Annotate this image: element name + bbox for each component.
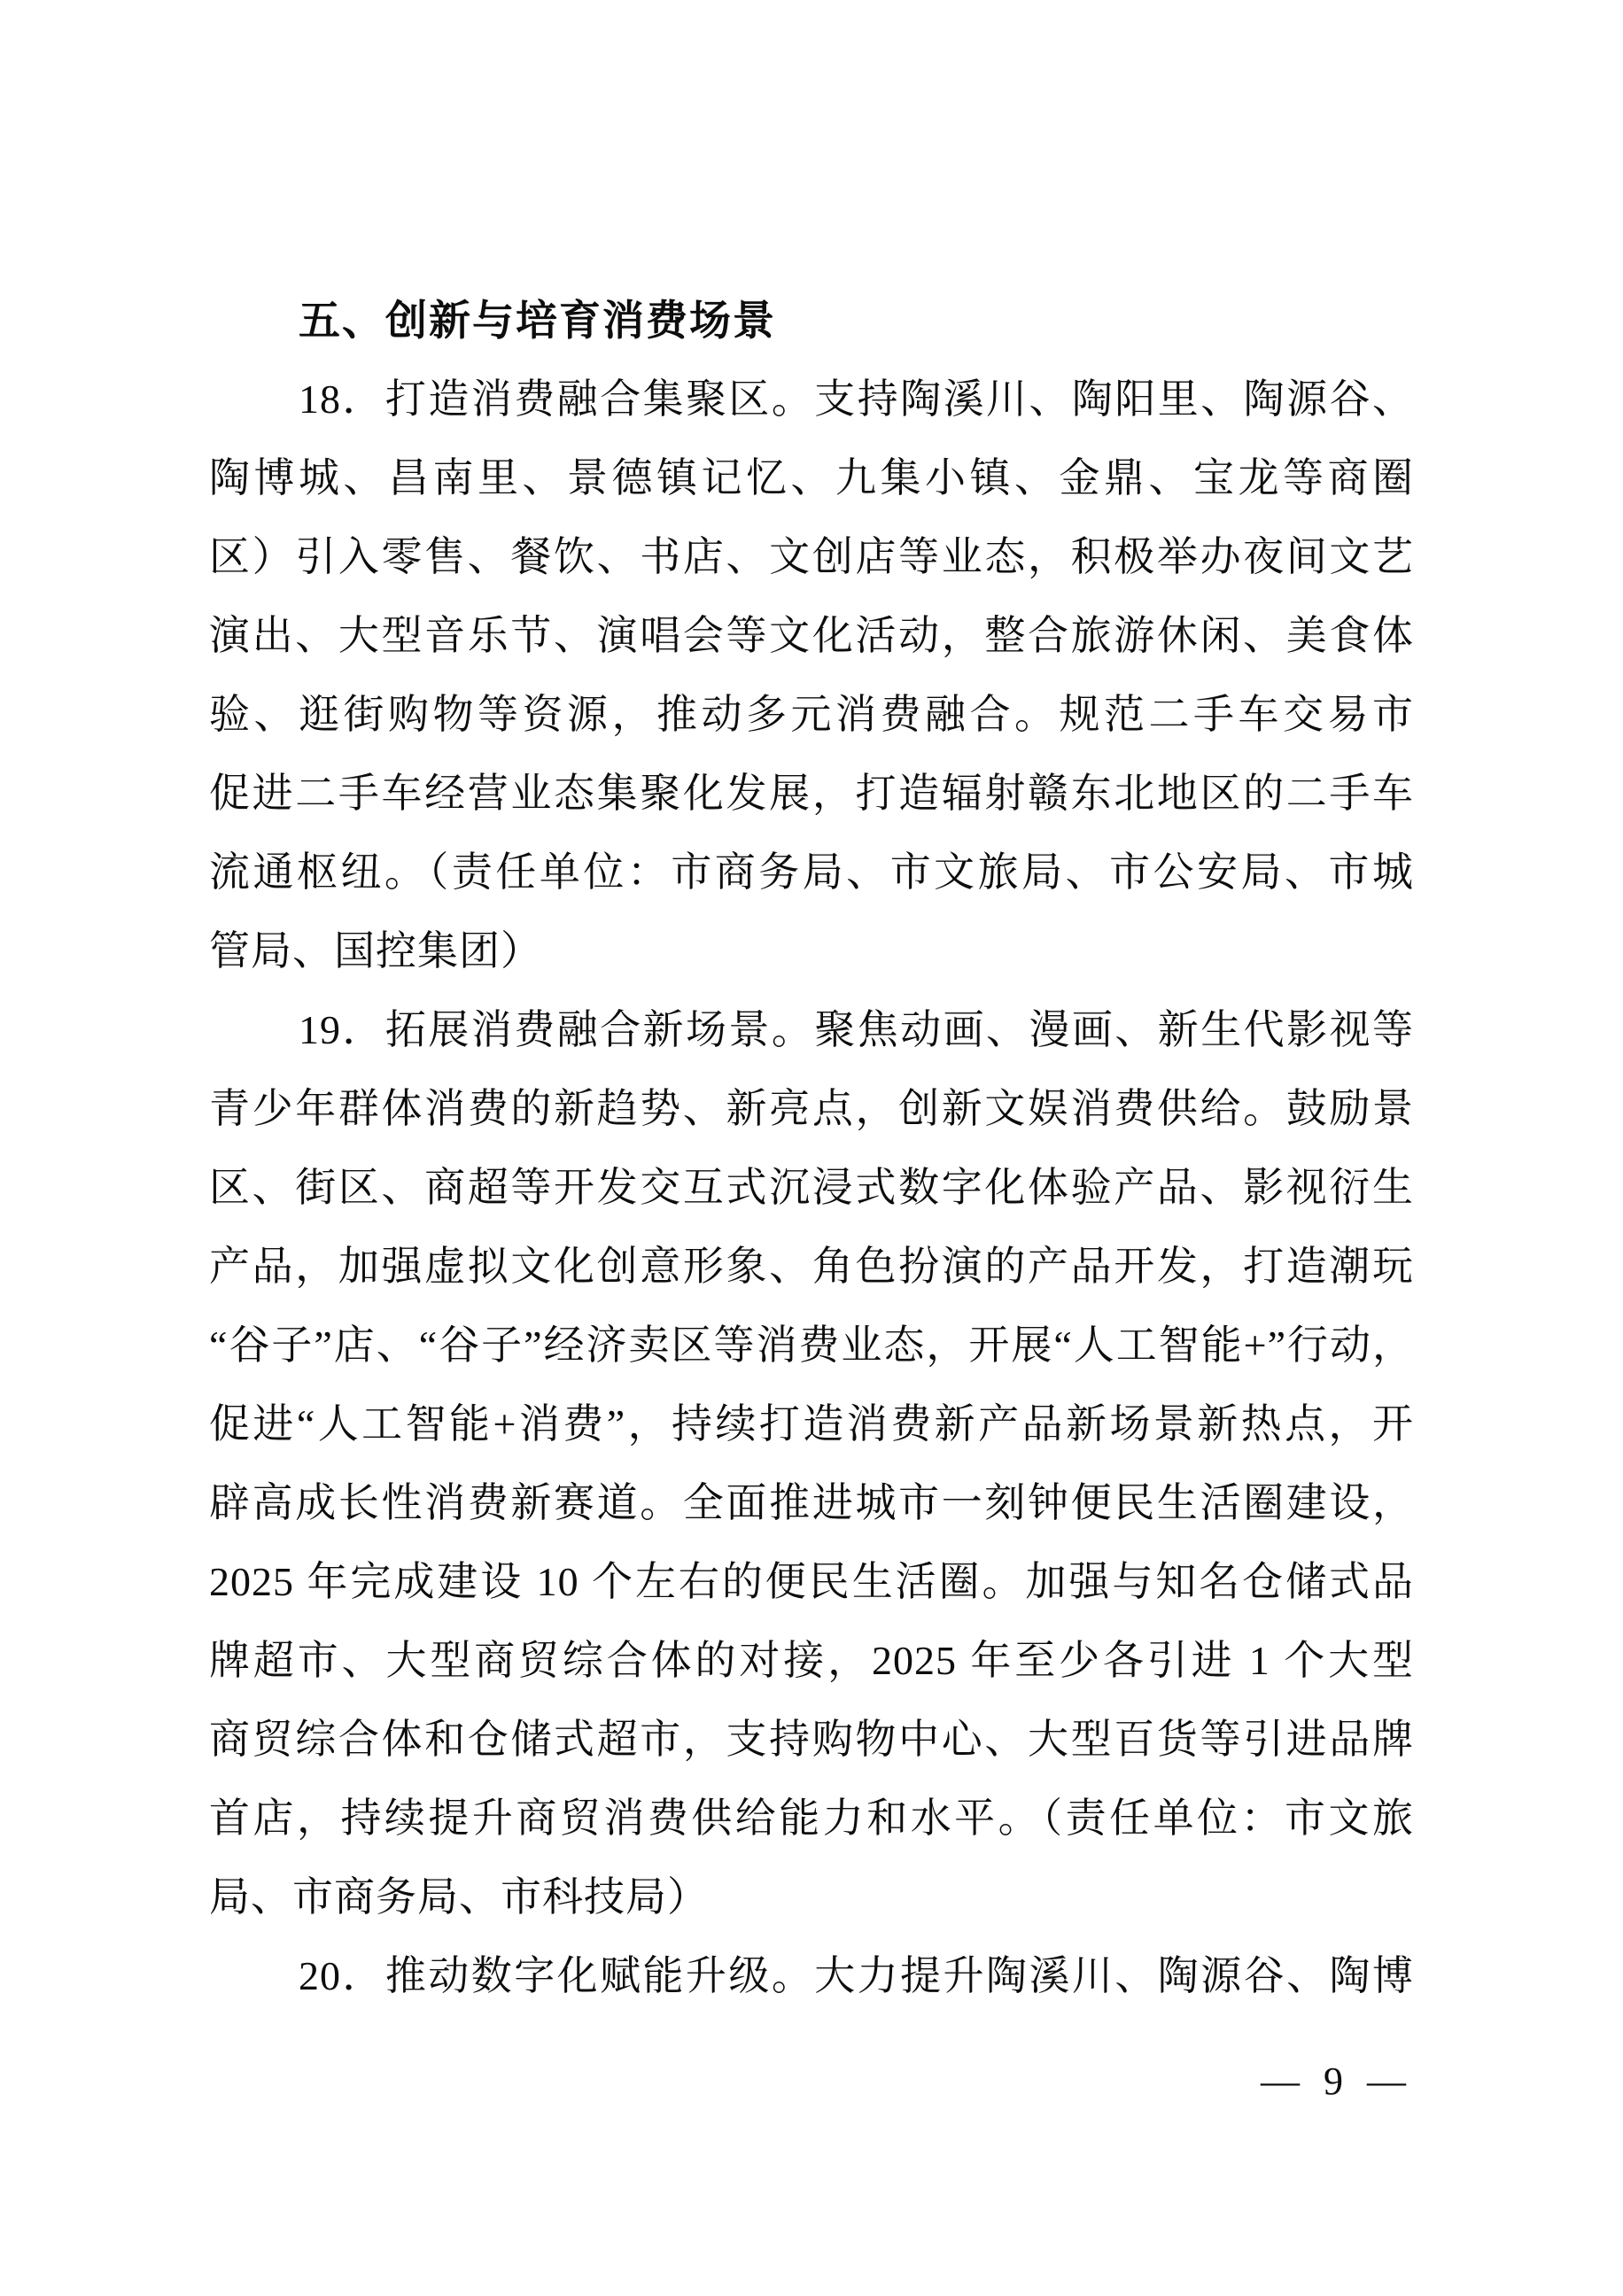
text-line: 商贸综合体和仓储式超市，支持购物中心、大型百货等引进品牌 xyxy=(209,1700,1414,1779)
text-line: 管局、国控集团） xyxy=(209,911,1414,990)
document-body: 五、创新与培育消费场景 18．打造消费融合集聚区。支持陶溪川、陶阳里、陶源谷、 … xyxy=(209,281,1414,2015)
text-line: 区）引入零售、餐饮、书店、文创店等业态，积极举办夜间文艺 xyxy=(209,517,1414,596)
text-line: 验、逛街购物等资源，推动多元消费融合。规范二手车交易市场， xyxy=(209,675,1414,754)
page-number: — 9 — xyxy=(1261,2060,1413,2103)
text-line: 产品，加强虚拟文化创意形象、角色扮演的产品开发，打造潮玩 xyxy=(209,1227,1414,1306)
section-heading: 五、创新与培育消费场景 xyxy=(209,281,1414,360)
text-line: 青少年群体消费的新趋势、新亮点，创新文娱消费供给。鼓励景 xyxy=(209,1069,1414,1148)
text-line: 促进“人工智能+消费”，持续打造消费新产品新场景新热点，开 xyxy=(209,1385,1414,1463)
text-line: “谷子”店、“谷子”经济卖区等消费业态，开展“人工智能+”行动， xyxy=(209,1306,1414,1385)
text-line: 促进二手车经营业态集聚化发展，打造辐射赣东北地区的二手车 xyxy=(209,754,1414,833)
text-line: 首店，持续提升商贸消费供给能力和水平。（责任单位：市文旅 xyxy=(209,1779,1414,1858)
document-page: 五、创新与培育消费场景 18．打造消费融合集聚区。支持陶溪川、陶阳里、陶源谷、 … xyxy=(0,0,1623,2296)
text-line: 牌超市、大型商贸综合体的对接，2025 年至少各引进 1 个大型 xyxy=(209,1621,1414,1700)
text-line: 19．拓展消费融合新场景。聚焦动画、漫画、新生代影视等 xyxy=(209,990,1414,1069)
text-line: 演出、大型音乐节、演唱会等文化活动，整合旅游休闲、美食体 xyxy=(209,596,1414,675)
text-line: 辟高成长性消费新赛道。全面推进城市一刻钟便民生活圈建设， xyxy=(209,1463,1414,1542)
text-line: 2025 年完成建设 10 个左右的便民生活圈。加强与知名仓储式品 xyxy=(209,1542,1414,1621)
text-line: 区、街区、商超等开发交互式沉浸式数字化体验产品、影视衍生 xyxy=(209,1148,1414,1227)
text-line: 18．打造消费融合集聚区。支持陶溪川、陶阳里、陶源谷、 xyxy=(209,360,1414,438)
text-line: 局、市商务局、市科技局） xyxy=(209,1858,1414,1936)
text-line: 20．推动数字化赋能升级。大力提升陶溪川、陶源谷、陶博 xyxy=(209,1936,1414,2015)
text-line: 流通枢纽。（责任单位：市商务局、市文旅局、市公安局、市城 xyxy=(209,833,1414,911)
text-line: 陶博城、昌南里、景德镇记忆、九集小镇、金鼎、宝龙等商圈（景 xyxy=(209,438,1414,517)
